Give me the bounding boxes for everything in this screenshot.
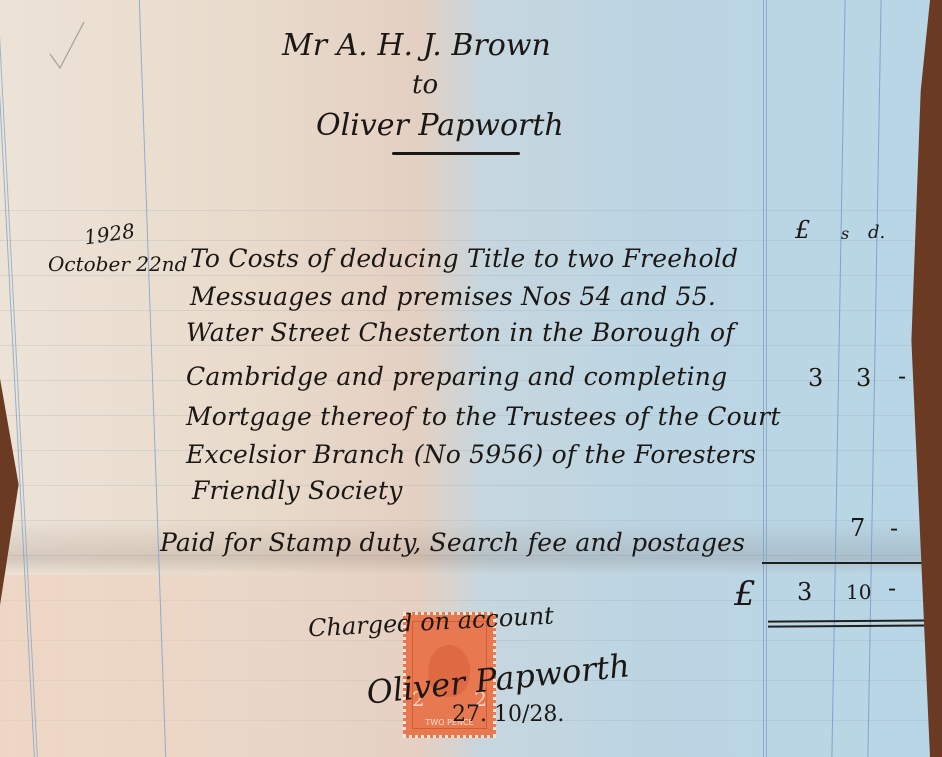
pounds-column-rule <box>763 0 764 757</box>
total-double-rule-top <box>768 619 930 622</box>
sender-name: Oliver Papworth <box>316 108 564 143</box>
pencil-check-mark-icon <box>48 18 88 78</box>
entry-line: Water Street Chesterton in the Borough o… <box>186 318 735 347</box>
header-connector: to <box>412 70 438 100</box>
entry-year: 1928 <box>83 219 137 250</box>
subtotal-rule <box>762 562 930 564</box>
entry-shillings: 7 <box>850 514 865 542</box>
entry-line: Messuages and premises Nos 54 and 55. <box>190 282 716 311</box>
total-pounds: 3 <box>797 578 812 606</box>
entry-line: Excelsior Branch (No 5956) of the Forest… <box>186 440 756 469</box>
entry-line: Friendly Society <box>192 476 403 505</box>
entry-pence: - <box>890 514 898 542</box>
pounds-column-header: £ <box>795 216 810 244</box>
entry-pounds: 3 <box>808 364 823 392</box>
entry-pence: - <box>898 362 906 390</box>
invoice-paper: Mr A. H. J. Brown to Oliver Papworth £ s… <box>0 0 930 757</box>
entry-line: Paid for Stamp duty, Search fee and post… <box>160 528 745 557</box>
entry-date: October 22nd <box>48 252 187 276</box>
sender-underline <box>392 152 520 155</box>
entry-line: Cambridge and preparing and completing <box>186 362 727 391</box>
receipt-date: 27. 10/28. <box>452 702 564 727</box>
pence-column-header: d. <box>868 222 885 243</box>
total-symbol: £ <box>734 574 756 614</box>
shillings-column-header: s <box>841 224 849 243</box>
entry-line: To Costs of deducing Title to two Freeho… <box>190 244 738 273</box>
total-double-rule-bottom <box>768 624 930 627</box>
shillings-column-rule <box>831 0 845 757</box>
entry-shillings: 3 <box>856 364 871 392</box>
total-shillings: 10 <box>846 580 871 604</box>
entry-line: Mortgage thereof to the Trustees of the … <box>186 402 781 431</box>
lower-panel-tint <box>0 575 460 757</box>
recipient-name: Mr A. H. J. Brown <box>282 28 551 63</box>
total-pence: - <box>888 574 896 602</box>
